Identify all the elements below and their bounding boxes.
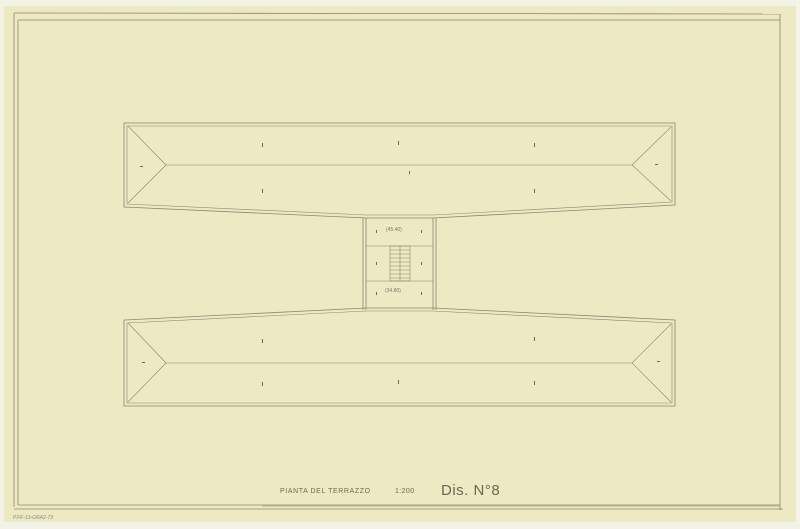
sheet-frame — [14, 13, 783, 510]
stair-icon — [390, 246, 410, 281]
drawing-title: PIANTA DEL TERRAZZO — [280, 488, 371, 495]
archive-code: P.FF-13-GRA2-73 — [13, 515, 53, 521]
upper-elevation-label: (45.40) — [386, 227, 402, 233]
drawing-scale: 1:200 — [395, 488, 415, 495]
plan-drawing — [0, 0, 800, 529]
lower-wing-roof — [124, 308, 675, 406]
lower-elevation-label: (34.80) — [385, 288, 401, 294]
sheet-number: Dis. N°8 — [441, 482, 500, 499]
upper-wing-roof — [124, 123, 675, 218]
